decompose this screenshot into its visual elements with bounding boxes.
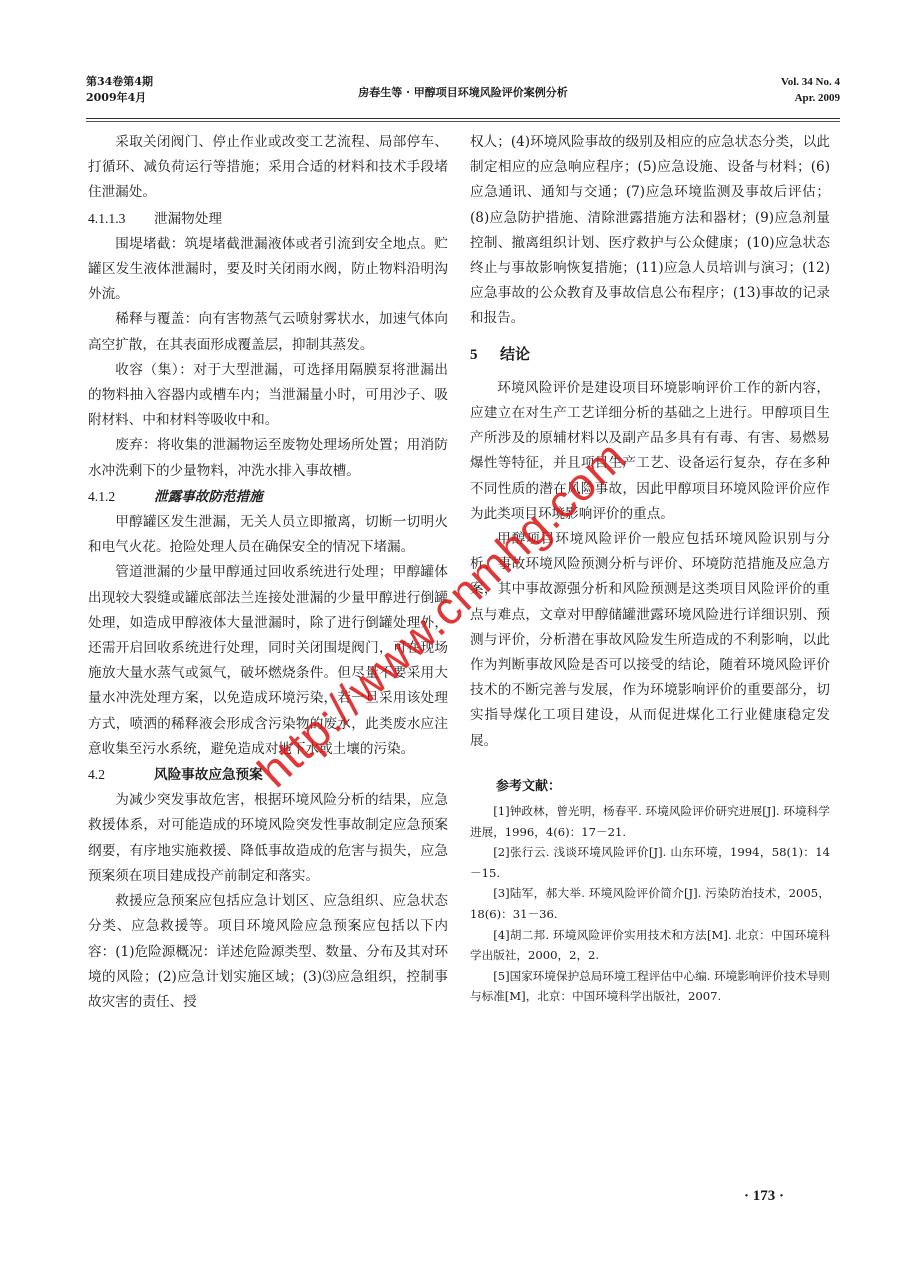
reference-item: [2]张行云. 浅谈环境风险评价[J]. 山东环境，1994，58(1)：14－… [470,842,830,883]
reference-item: [1]钟政林，曾光明，杨春平. 环境风险评价研究进展[J]. 环境科学进展，19… [470,801,830,842]
paragraph: 围堤堵截：筑堤堵截泄漏液体或者引流到安全地点。贮罐区发生液体泄漏时，要及时关闭雨… [88,232,448,308]
paragraph: 废弃：将收集的泄漏物运至废物处理场所处置；用消防水冲洗剩下的少量物料，冲洗水排入… [88,433,448,483]
running-header: 第34卷第4期 2009年4月 房春生等 · 甲醇项目环境风险评价案例分析 Vo… [86,74,840,114]
section-title: 泄漏物处理 [154,211,222,227]
paragraph: 管道泄漏的少量甲醇通过回收系统进行处理；甲醇罐体出现较大裂缝或罐底部法兰连接处泄… [88,560,448,762]
section-heading-4-1-1-3: 4.1.1.3泄漏物处理 [88,206,448,232]
section-heading-5: 5结论 [470,342,830,368]
section-number: 4.1.1.3 [88,206,154,231]
paragraph: 环境风险评价是建设项目环境影响评价工作的新内容，应建立在对生产工艺详细分析的基础… [470,376,830,527]
section-number: 4.2 [88,762,154,787]
date-en: Apr. 2009 [781,90,840,106]
paragraph: 收容（集）：对于大型泄漏，可选择用隔膜泵将泄漏出的物料抽入容器内或槽车内；当泄漏… [88,358,448,434]
reference-item: [4]胡二邦. 环境风险评价实用技术和方法[M]. 北京：中国环境科学出版社，2… [470,925,830,966]
section-heading-4-1-2: 4.1.2泄露事故防范措施 [88,484,448,510]
paragraph: 救援应急预案应包括应急计划区、应急组织、应急状态分类、应急救援等。项目环境风险应… [88,889,448,1015]
left-column: 采取关闭阀门、停止作业或改变工艺流程、局部停车、打循环、减负荷运行等措施；采用合… [88,130,448,1015]
section-number: 5 [470,343,500,368]
section-title: 泄露事故防范措施 [154,489,263,505]
paragraph: 为减少突发事故危害，根据环境风险分析的结果，应急救援体系，对可能造成的环境风险突… [88,788,448,889]
right-column: 权人；(4)环境风险事故的级别及相应的应急状态分类，以此制定相应的应急响应程序；… [470,130,830,1007]
header-rule [86,118,840,119]
journal-issue-en: Vol. 34 No. 4 Apr. 2009 [781,74,840,106]
references-heading: 参考文献： [470,774,830,799]
paragraph: 权人；(4)环境风险事故的级别及相应的应急状态分类，以此制定相应的应急响应程序；… [470,130,830,332]
volume-issue-en: Vol. 34 No. 4 [781,74,840,90]
header-rule-thin [86,121,840,122]
section-number: 4.1.2 [88,484,154,509]
section-heading-4-2: 4.2风险事故应急预案 [88,762,448,788]
section-title: 风险事故应急预案 [154,767,263,783]
reference-item: [5]国家环境保护总局环境工程评估中心编. 环境影响评价技术导则与标准[M]，北… [470,966,830,1007]
paragraph: 稀释与覆盖：向有害物蒸气云喷射雾状水，加速气体向高空扩散，在其表面形成覆盖层，抑… [88,307,448,357]
section-title: 结论 [500,345,530,363]
paragraph: 甲醇项目环境风险评价一般应包括环境风险识别与分析、事故环境风险预测分析与评价、环… [470,527,830,754]
reference-item: [3]陆军，郝大举. 环境风险评价简介[J]. 污染防治技术，2005，18(6… [470,883,830,924]
paragraph: 采取关闭阀门、停止作业或改变工艺流程、局部停车、打循环、减负荷运行等措施；采用合… [88,130,448,206]
paragraph: 甲醇罐区发生泄漏，无关人员立即撤离，切断一切明火和电气火花。抢险处理人员在确保安… [88,510,448,560]
page-number: · 173 · [744,1188,784,1205]
running-title: 房春生等 · 甲醇项目环境风险评价案例分析 [86,84,840,100]
